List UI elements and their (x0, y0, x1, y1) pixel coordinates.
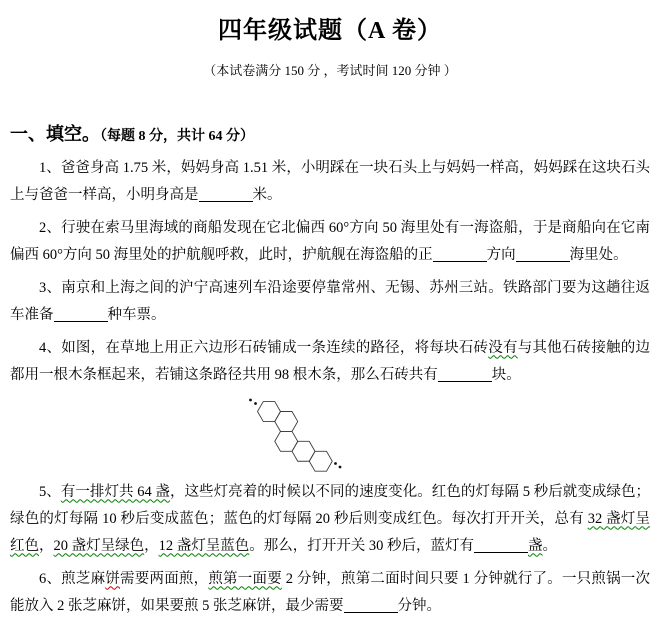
answer-blank[interactable] (54, 321, 108, 322)
question-text: 海里处。 (570, 247, 628, 263)
page-subtitle: （本试卷满分 150 分 ，考试时间 120 分钟 ） (10, 63, 650, 79)
answer-blank[interactable] (344, 612, 398, 613)
document-page: 四年级试题（A 卷） （本试卷满分 150 分 ，考试时间 120 分钟 ） 一… (0, 0, 660, 619)
hexagon-brick (275, 412, 298, 432)
spellcheck-marked-text: 20 盏灯呈绿色 (54, 538, 145, 554)
question-5: 5、有一排灯共 64 盏，这些灯亮着的时候以不同的速度变化。红色的灯每隔 5 秒… (10, 479, 650, 560)
question-text: 3、南京和上海之间的沪宁高速列车沿途要停靠常州、无锡、苏州三站。铁路部门要为这趟… (10, 280, 650, 323)
question-text: 。 (543, 538, 558, 554)
answer-blank[interactable] (474, 552, 528, 553)
section-heading-main: 一、填空。 (10, 124, 100, 144)
ellipsis-dot (339, 466, 342, 469)
question-text: 6、煎芝麻 (39, 571, 105, 587)
question-text: 1、爸爸身高 1.75 米，妈妈身高 1.51 米，小明踩在一块石头上与妈妈一样… (10, 160, 650, 203)
question-text: 分钟。 (398, 598, 442, 614)
answer-blank[interactable] (199, 201, 253, 202)
hexagon-path-figure (245, 395, 650, 475)
answer-blank[interactable] (433, 261, 487, 262)
spellcheck-marked-text: 12 盏灯呈蓝色 (159, 538, 250, 554)
spellcheck-marked-text: 盏 (528, 538, 543, 554)
question-text: ， (144, 538, 159, 554)
section-heading-note: （每题 8 分，共计 64 分） (100, 129, 254, 144)
question-text: 块。 (492, 367, 521, 383)
answer-blank[interactable] (438, 381, 492, 382)
hexagon-brick (309, 452, 332, 472)
ellipsis-dot (254, 402, 257, 405)
question-text: 方向 (487, 247, 516, 263)
spellcheck-marked-text: 没有 (488, 340, 517, 356)
ellipsis-dot (334, 462, 337, 465)
hexagon-brick (275, 432, 298, 452)
spellcheck-marked-text: 有一排灯共 64 盏 (61, 484, 170, 500)
question-list: 1、爸爸身高 1.75 米，妈妈身高 1.51 米，小明踩在一块石头上与妈妈一样… (10, 155, 650, 619)
question-2: 2、行驶在索马里海域的商船发现在它北偏西 60°方向 50 海里处有一海盗船，于… (10, 215, 650, 269)
question-1: 1、爸爸身高 1.75 米，妈妈身高 1.51 米，小明踩在一块石头上与妈妈一样… (10, 155, 650, 209)
question-text: 5、 (39, 484, 61, 500)
hexagon-brick (292, 442, 315, 462)
question-3: 3、南京和上海之间的沪宁高速列车沿途要停靠常州、无锡、苏州三站。铁路部门要为这趟… (10, 275, 650, 329)
question-6: 6、煎芝麻饼需要两面煎，煎第一面要 2 分钟，煎第二面时间只要 1 分钟就行了。… (10, 566, 650, 619)
question-text: 2、行驶在索马里海域的商船发现在它北偏西 60°方向 50 海里处有一海盗船，于… (10, 220, 650, 263)
spellcheck-marked-text: 饼 (105, 571, 120, 587)
question-text: 需要两面煎， (120, 571, 208, 587)
question-text: ， (39, 538, 54, 554)
question-text: 种车票。 (108, 307, 166, 323)
question-text: 米。 (253, 187, 282, 203)
answer-blank[interactable] (516, 261, 570, 262)
question-text: 。那么，打开开关 30 秒后，蓝灯有 (249, 538, 474, 554)
spellcheck-marked-text: 煎第一面要 (208, 571, 282, 587)
page-title: 四年级试题（A 卷） (10, 16, 650, 46)
hexagon-brick (258, 402, 281, 422)
question-text: 4、如图，在草地上用正六边形石砖铺成一条连续的路径，将每块石砖 (39, 340, 488, 356)
ellipsis-dot (249, 399, 252, 402)
section-heading: 一、填空。（每题 8 分，共计 64 分） (10, 124, 650, 146)
question-4: 4、如图，在草地上用正六边形石砖铺成一条连续的路径，将每块石砖没有与其他石砖接触… (10, 335, 650, 389)
